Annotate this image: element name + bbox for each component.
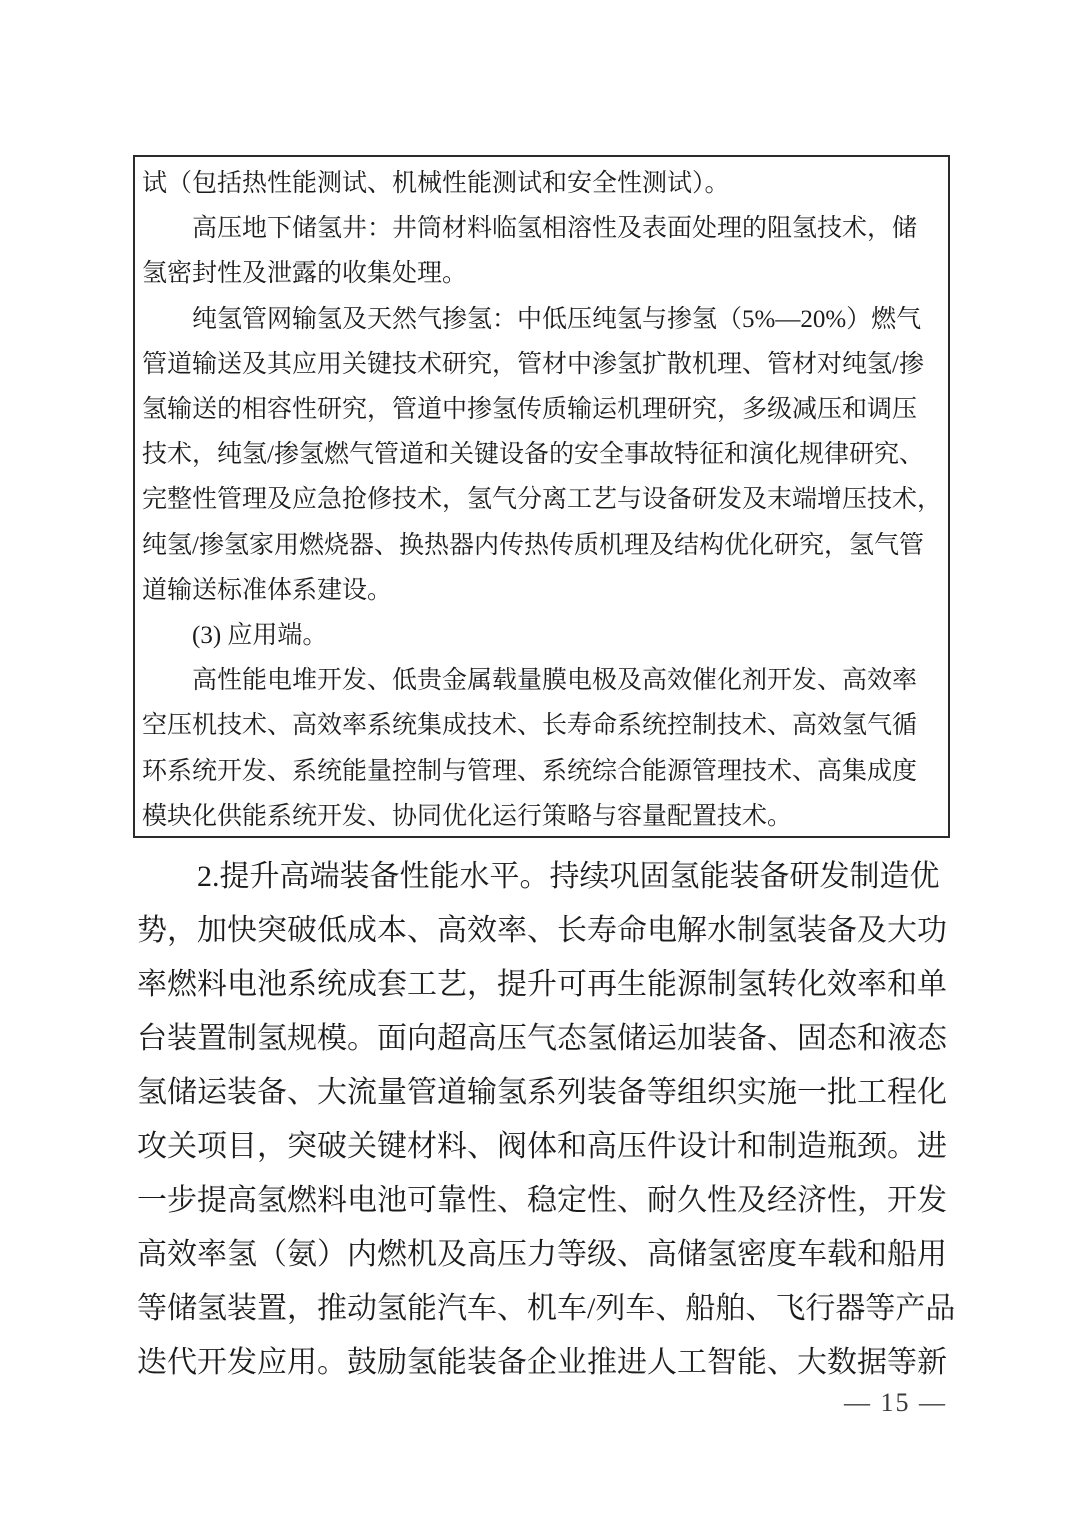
boxed-text-line: (3) 应用端。 [142, 613, 941, 658]
body-text-line: 2.提升高端装备性能水平。持续巩固氢能装备研发制造优 [137, 850, 953, 904]
body-text-line: 高效率氢（氨）内燃机及高压力等级、高储氢密度车载和船用 [137, 1228, 953, 1282]
boxed-text-line: 高性能电堆开发、低贵金属载量膜电极及高效催化剂开发、高效率 [142, 658, 941, 703]
page-number: — 15 — [844, 1388, 947, 1418]
boxed-technology-list: 试（包括热性能测试、机械性能测试和安全性测试）。 高压地下储氢井：井筒材料临氢相… [133, 155, 950, 838]
body-text-line: 台装置制氢规模。面向超高压气态氢储运加装备、固态和液态 [137, 1012, 953, 1066]
boxed-text-line: 氢密封性及泄露的收集处理。 [142, 251, 941, 296]
boxed-text-line: 模块化供能系统开发、协同优化运行策略与容量配置技术。 [142, 794, 941, 838]
boxed-text-line: 环系统开发、系统能量控制与管理、系统综合能源管理技术、高集成度 [142, 749, 941, 794]
boxed-text-line: 纯氢/掺氢家用燃烧器、换热器内传热传质机理及结构优化研究，氢气管 [142, 523, 941, 568]
boxed-text-line: 氢输送的相容性研究，管道中掺氢传质输运机理研究，多级减压和调压 [142, 387, 941, 432]
document-page: 试（包括热性能测试、机械性能测试和安全性测试）。 高压地下储氢井：井筒材料临氢相… [0, 0, 1080, 1534]
body-text-line: 迭代开发应用。鼓励氢能装备企业推进人工智能、大数据等新 [137, 1336, 953, 1390]
body-text-line: 攻关项目，突破关键材料、阀体和高压件设计和制造瓶颈。进 [137, 1120, 953, 1174]
body-text-line: 一步提高氢燃料电池可靠性、稳定性、耐久性及经济性，开发 [137, 1174, 953, 1228]
body-paragraph: 2.提升高端装备性能水平。持续巩固氢能装备研发制造优 势，加快突破低成本、高效率… [137, 850, 953, 1390]
boxed-text-line: 技术，纯氢/掺氢燃气管道和关键设备的安全事故特征和演化规律研究、 [142, 432, 941, 477]
boxed-text-line: 高压地下储氢井：井筒材料临氢相溶性及表面处理的阻氢技术，储 [142, 206, 941, 251]
boxed-text-line: 完整性管理及应急抢修技术，氢气分离工艺与设备研发及末端增压技术， [142, 477, 941, 522]
boxed-text-line: 管道输送及其应用关键技术研究，管材中渗氢扩散机理、管材对纯氢/掺 [142, 342, 941, 387]
body-text-line: 等储氢装置，推动氢能汽车、机车/列车、船舶、飞行器等产品 [137, 1282, 953, 1336]
boxed-text-line: 道输送标准体系建设。 [142, 568, 941, 613]
boxed-text-line: 纯氢管网输氢及天然气掺氢：中低压纯氢与掺氢（5%—20%）燃气 [142, 297, 941, 342]
body-text-line: 氢储运装备、大流量管道输氢系列装备等组织实施一批工程化 [137, 1066, 953, 1120]
body-text-line: 率燃料电池系统成套工艺，提升可再生能源制氢转化效率和单 [137, 958, 953, 1012]
boxed-text-line: 空压机技术、高效率系统集成技术、长寿命系统控制技术、高效氢气循 [142, 703, 941, 748]
body-text-line: 势，加快突破低成本、高效率、长寿命电解水制氢装备及大功 [137, 904, 953, 958]
boxed-text-line: 试（包括热性能测试、机械性能测试和安全性测试）。 [142, 161, 941, 206]
